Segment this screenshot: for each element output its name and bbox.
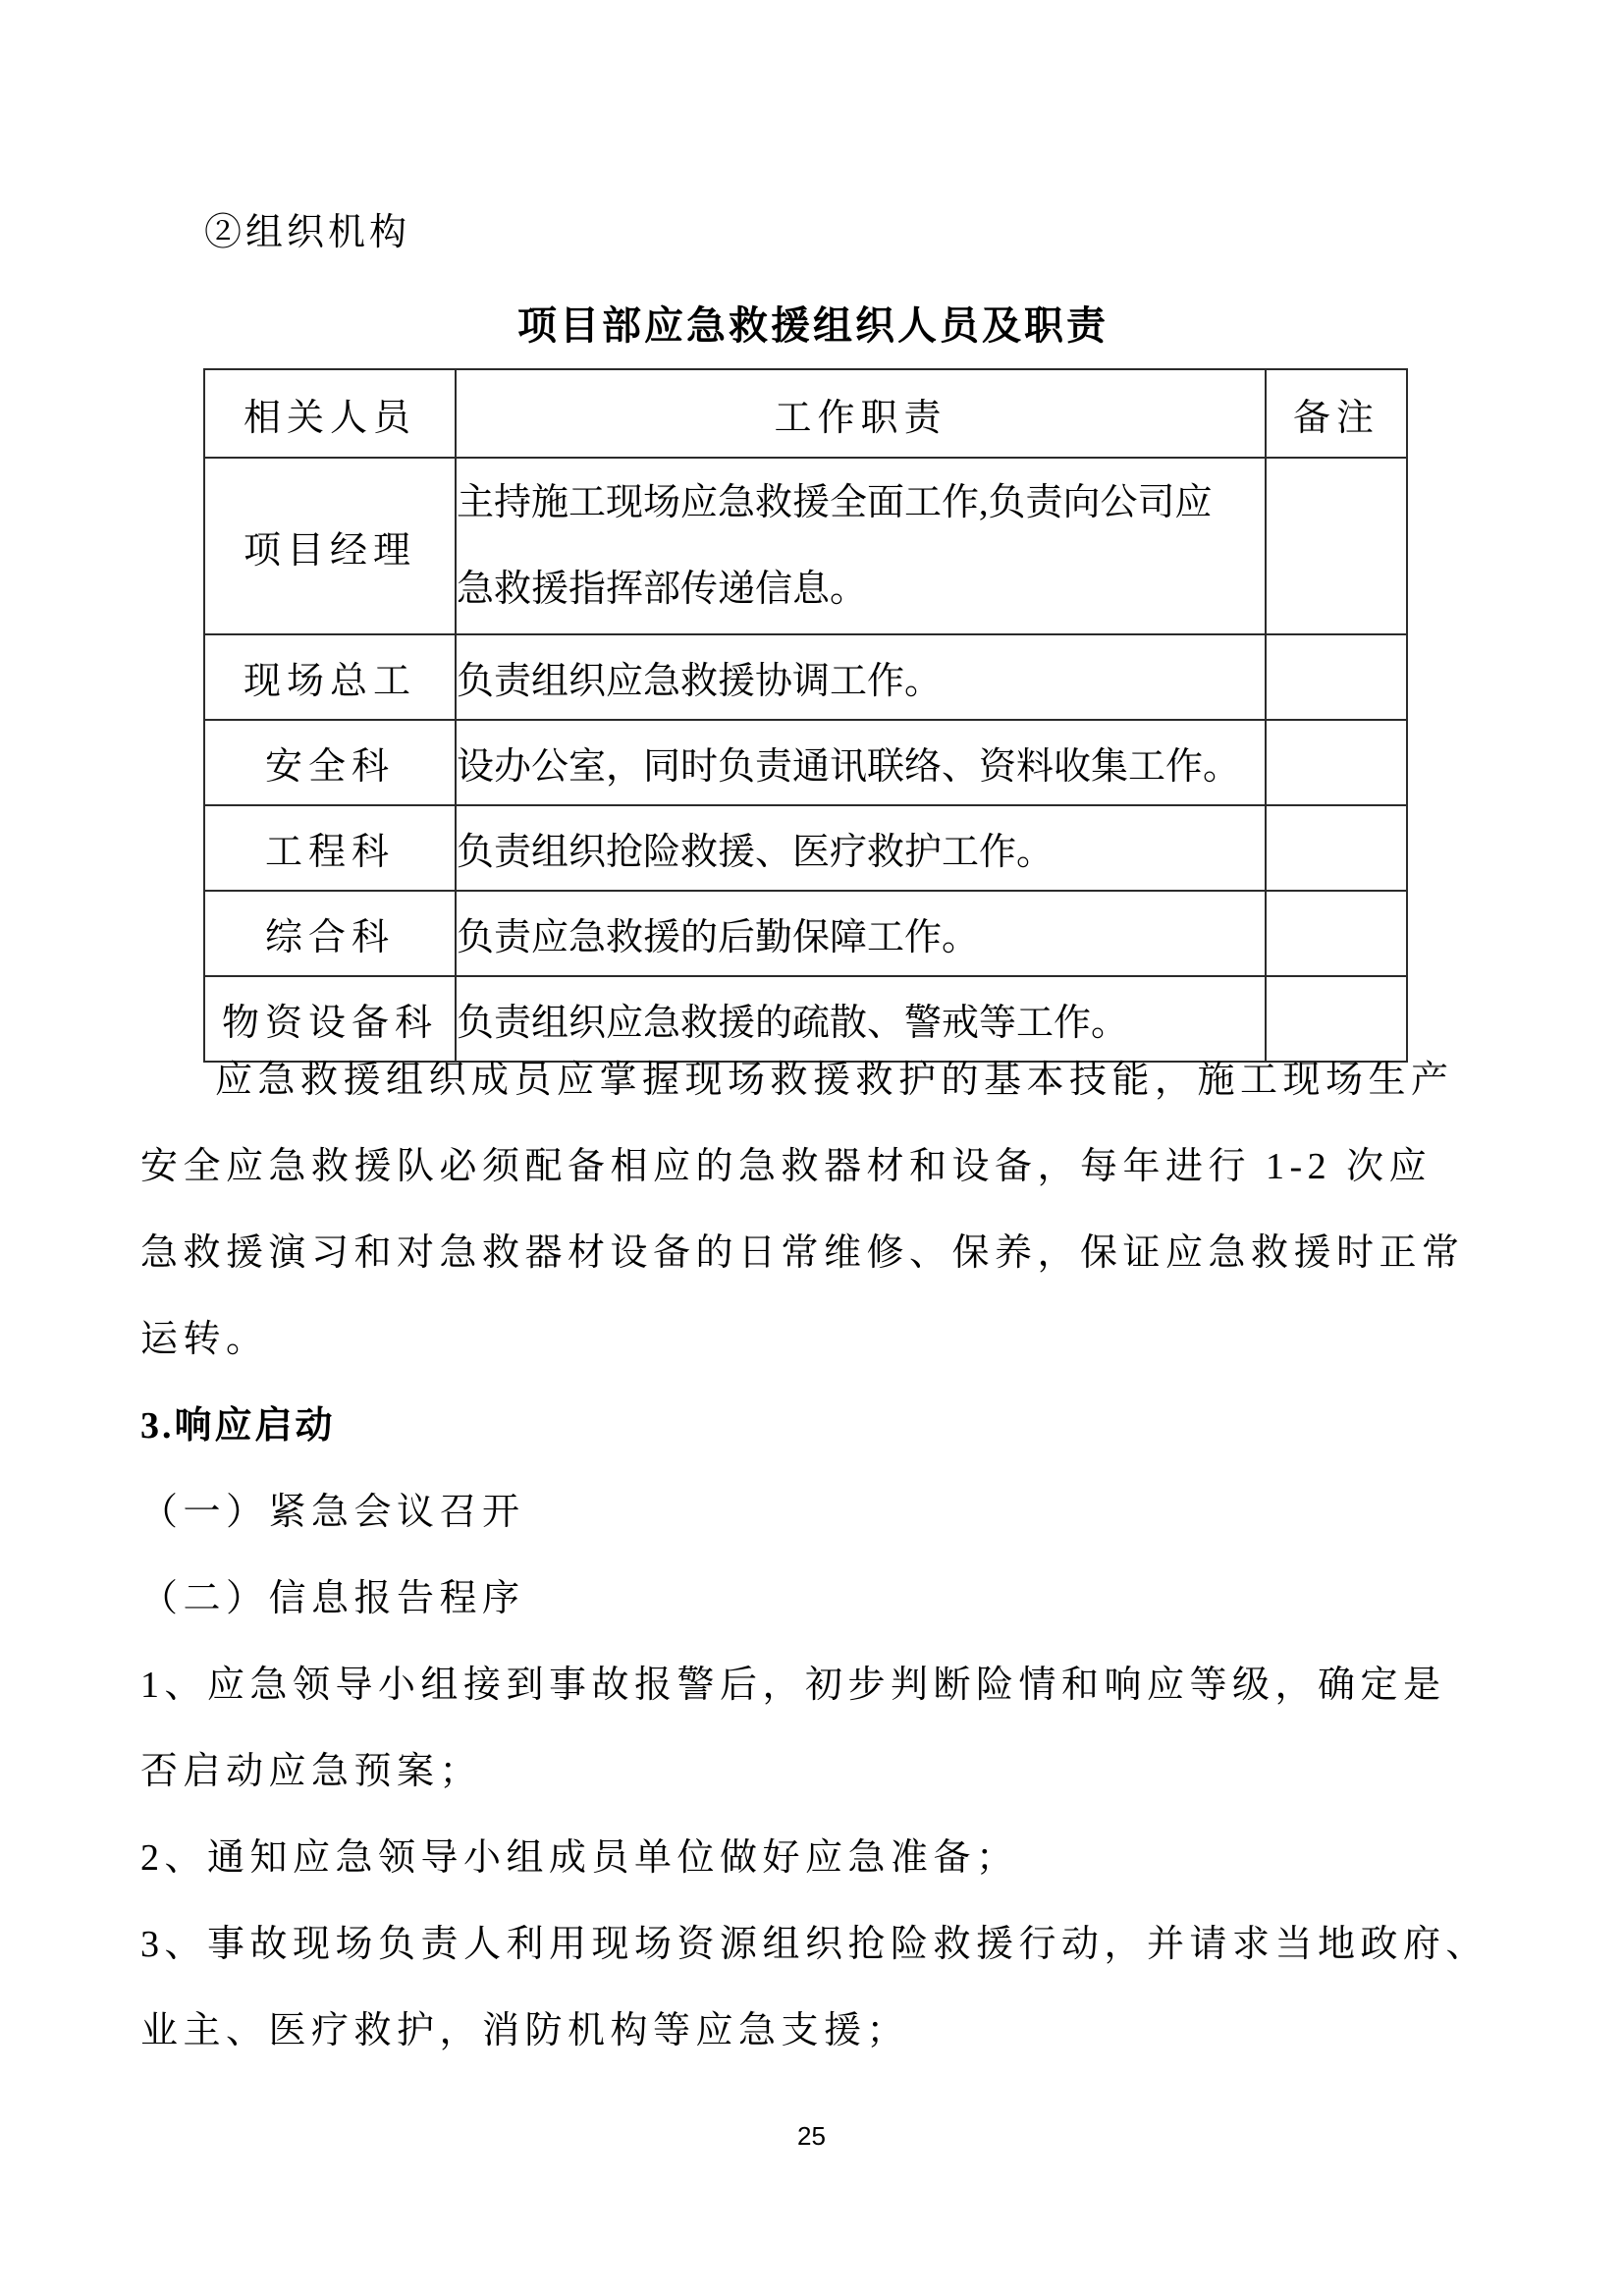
- header-duty: 工作职责: [456, 369, 1266, 458]
- cell-duty: 负责应急救援的后勤保障工作。: [456, 891, 1266, 976]
- paragraph-line: 应急救援组织成员应掌握现场救援救护的基本技能，施工现场生产: [140, 1037, 1488, 1123]
- cell-person: 项目经理: [204, 458, 456, 634]
- paragraph-line: 急救援演习和对急救器材设备的日常维修、保养，保证应急救援时正常: [140, 1210, 1488, 1296]
- table-row: 安全科 设办公室，同时负责通讯联络、资料收集工作。: [204, 720, 1407, 805]
- cell-note: [1266, 720, 1407, 805]
- cell-duty: 负责组织应急救援协调工作。: [456, 634, 1266, 720]
- duty-line: 急救援指挥部传递信息。: [457, 546, 1265, 632]
- cell-person: 工程科: [204, 805, 456, 891]
- subsection-heading: （一）紧急会议召开: [140, 1469, 1488, 1556]
- cell-person: 安全科: [204, 720, 456, 805]
- section-label: ②组织机构: [204, 201, 410, 255]
- table-header-row: 相关人员 工作职责 备注: [204, 369, 1407, 458]
- paragraph-line: 运转。: [140, 1296, 1488, 1383]
- cell-person: 现场总工: [204, 634, 456, 720]
- page-number: 25: [0, 2121, 1623, 2152]
- table-row: 现场总工 负责组织应急救援协调工作。: [204, 634, 1407, 720]
- section-heading: 3.响应启动: [140, 1383, 1488, 1469]
- cell-duty: 设办公室，同时负责通讯联络、资料收集工作。: [456, 720, 1266, 805]
- numbered-item-line: 2、通知应急领导小组成员单位做好应急准备；: [140, 1815, 1488, 1901]
- cell-duty: 主持施工现场应急救援全面工作,负责向公司应 急救援指挥部传递信息。: [456, 458, 1266, 634]
- header-person: 相关人员: [204, 369, 456, 458]
- subsection-heading: （二）信息报告程序: [140, 1556, 1488, 1642]
- numbered-item-line: 1、应急领导小组接到事故报警后，初步判断险情和响应等级，确定是: [140, 1642, 1488, 1728]
- cell-note: [1266, 458, 1407, 634]
- table-row: 工程科 负责组织抢险救援、医疗救护工作。: [204, 805, 1407, 891]
- cell-note: [1266, 805, 1407, 891]
- table-title: 项目部应急救援组织人员及职责: [140, 295, 1486, 351]
- duty-line: 主持施工现场应急救援全面工作,负责向公司应: [457, 460, 1265, 546]
- table-row: 综合科 负责应急救援的后勤保障工作。: [204, 891, 1407, 976]
- numbered-item-line: 否启动应急预案；: [140, 1728, 1488, 1815]
- paragraph-line: 安全应急救援队必须配备相应的急救器材和设备，每年进行 1-2 次应: [140, 1123, 1488, 1210]
- cell-duty: 负责组织抢险救援、医疗救护工作。: [456, 805, 1266, 891]
- numbered-item-line: 3、事故现场负责人利用现场资源组织抢险救援行动，并请求当地政府、: [140, 1901, 1488, 1988]
- cell-note: [1266, 634, 1407, 720]
- numbered-item-line: 业主、医疗救护，消防机构等应急支援；: [140, 1988, 1488, 2074]
- table-row: 项目经理 主持施工现场应急救援全面工作,负责向公司应 急救援指挥部传递信息。: [204, 458, 1407, 634]
- cell-person: 综合科: [204, 891, 456, 976]
- header-note: 备注: [1266, 369, 1407, 458]
- document-page: ②组织机构 项目部应急救援组织人员及职责 相关人员 工作职责 备注 项目经理 主…: [0, 0, 1623, 2296]
- body-text-block: 应急救援组织成员应掌握现场救援救护的基本技能，施工现场生产 安全应急救援队必须配…: [140, 1037, 1488, 2074]
- cell-note: [1266, 891, 1407, 976]
- responsibility-table: 相关人员 工作职责 备注 项目经理 主持施工现场应急救援全面工作,负责向公司应 …: [203, 368, 1408, 1063]
